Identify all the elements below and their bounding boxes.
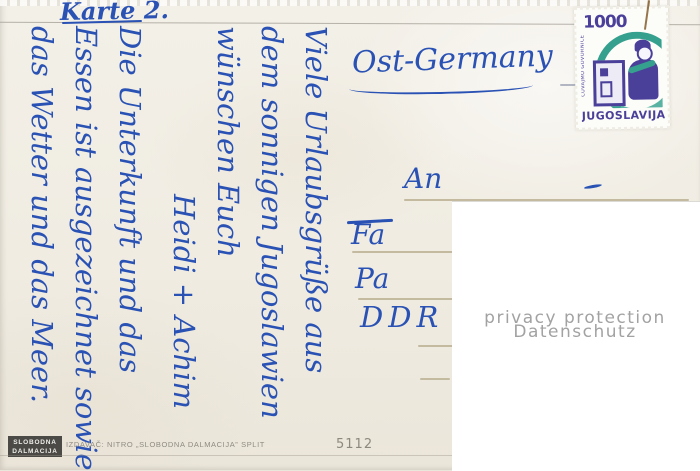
postage-stamp: 1000 ČUVAJMO GOVORNICE JUGOSLAVIJA (574, 6, 670, 130)
message-line: Die Unterkunft und das (108, 26, 152, 440)
destination-underline (349, 82, 533, 96)
publisher-logo: SLOBODNA DALMACIJA (8, 436, 62, 457)
bottom-edge-crease (0, 455, 452, 456)
phone-dial-shape (600, 68, 608, 76)
address-line-3: Pa (355, 262, 389, 295)
message-line: das Wetter und das Meer. (20, 26, 64, 440)
message-signature: Heidi + Achim (162, 194, 206, 440)
stamp-denomination: 1000 (583, 12, 627, 33)
message-line: Viele Urlaubsgrüße aus (294, 26, 338, 440)
privacy-label: privacy protection Datenschutz (454, 310, 696, 340)
destination-note: Ost-Germany (351, 39, 553, 81)
woman-figure (626, 39, 661, 102)
stamp-slogan: ČUVAJMO GOVORNICE (580, 35, 586, 97)
publisher-imprint: IZDAVAČ: NITRO „SLOBODNA DALMACIJA” SPLI… (66, 440, 265, 449)
address-rule (418, 345, 454, 347)
address-line-4: DDR (360, 300, 443, 334)
message-line: Essen ist ausgezeichnet sowie (64, 26, 108, 440)
address-line-2: Fa (351, 218, 385, 251)
handwriting-stroke (584, 183, 602, 189)
message-block: Viele Urlaubsgrüße aus dem sonnigen Jugo… (20, 26, 338, 440)
message-line: dem sonnigen Jugoslawien (250, 26, 294, 440)
address-rule (352, 251, 454, 253)
message-line: wünschen Euch (206, 26, 250, 440)
phone-slot-shape (600, 81, 612, 97)
privacy-mask: privacy protection Datenschutz (452, 201, 700, 470)
payphone-illustration (588, 31, 662, 108)
publisher-logo-line1: SLOBODNA (8, 438, 62, 447)
stamp-country: JUGOSLAVIJA (582, 108, 665, 122)
address-line-1: An (404, 162, 442, 195)
stamp-design: 1000 ČUVAJMO GOVORNICE JUGOSLAVIJA (580, 11, 665, 124)
phone-kiosk-shape (593, 60, 626, 107)
address-rule (420, 378, 450, 380)
stray-pencil-mark (560, 84, 576, 86)
postcard-back: Karte 2. Viele Urlaubsgrüße aus dem sonn… (0, 0, 700, 470)
card-number: 5112 (336, 437, 373, 452)
